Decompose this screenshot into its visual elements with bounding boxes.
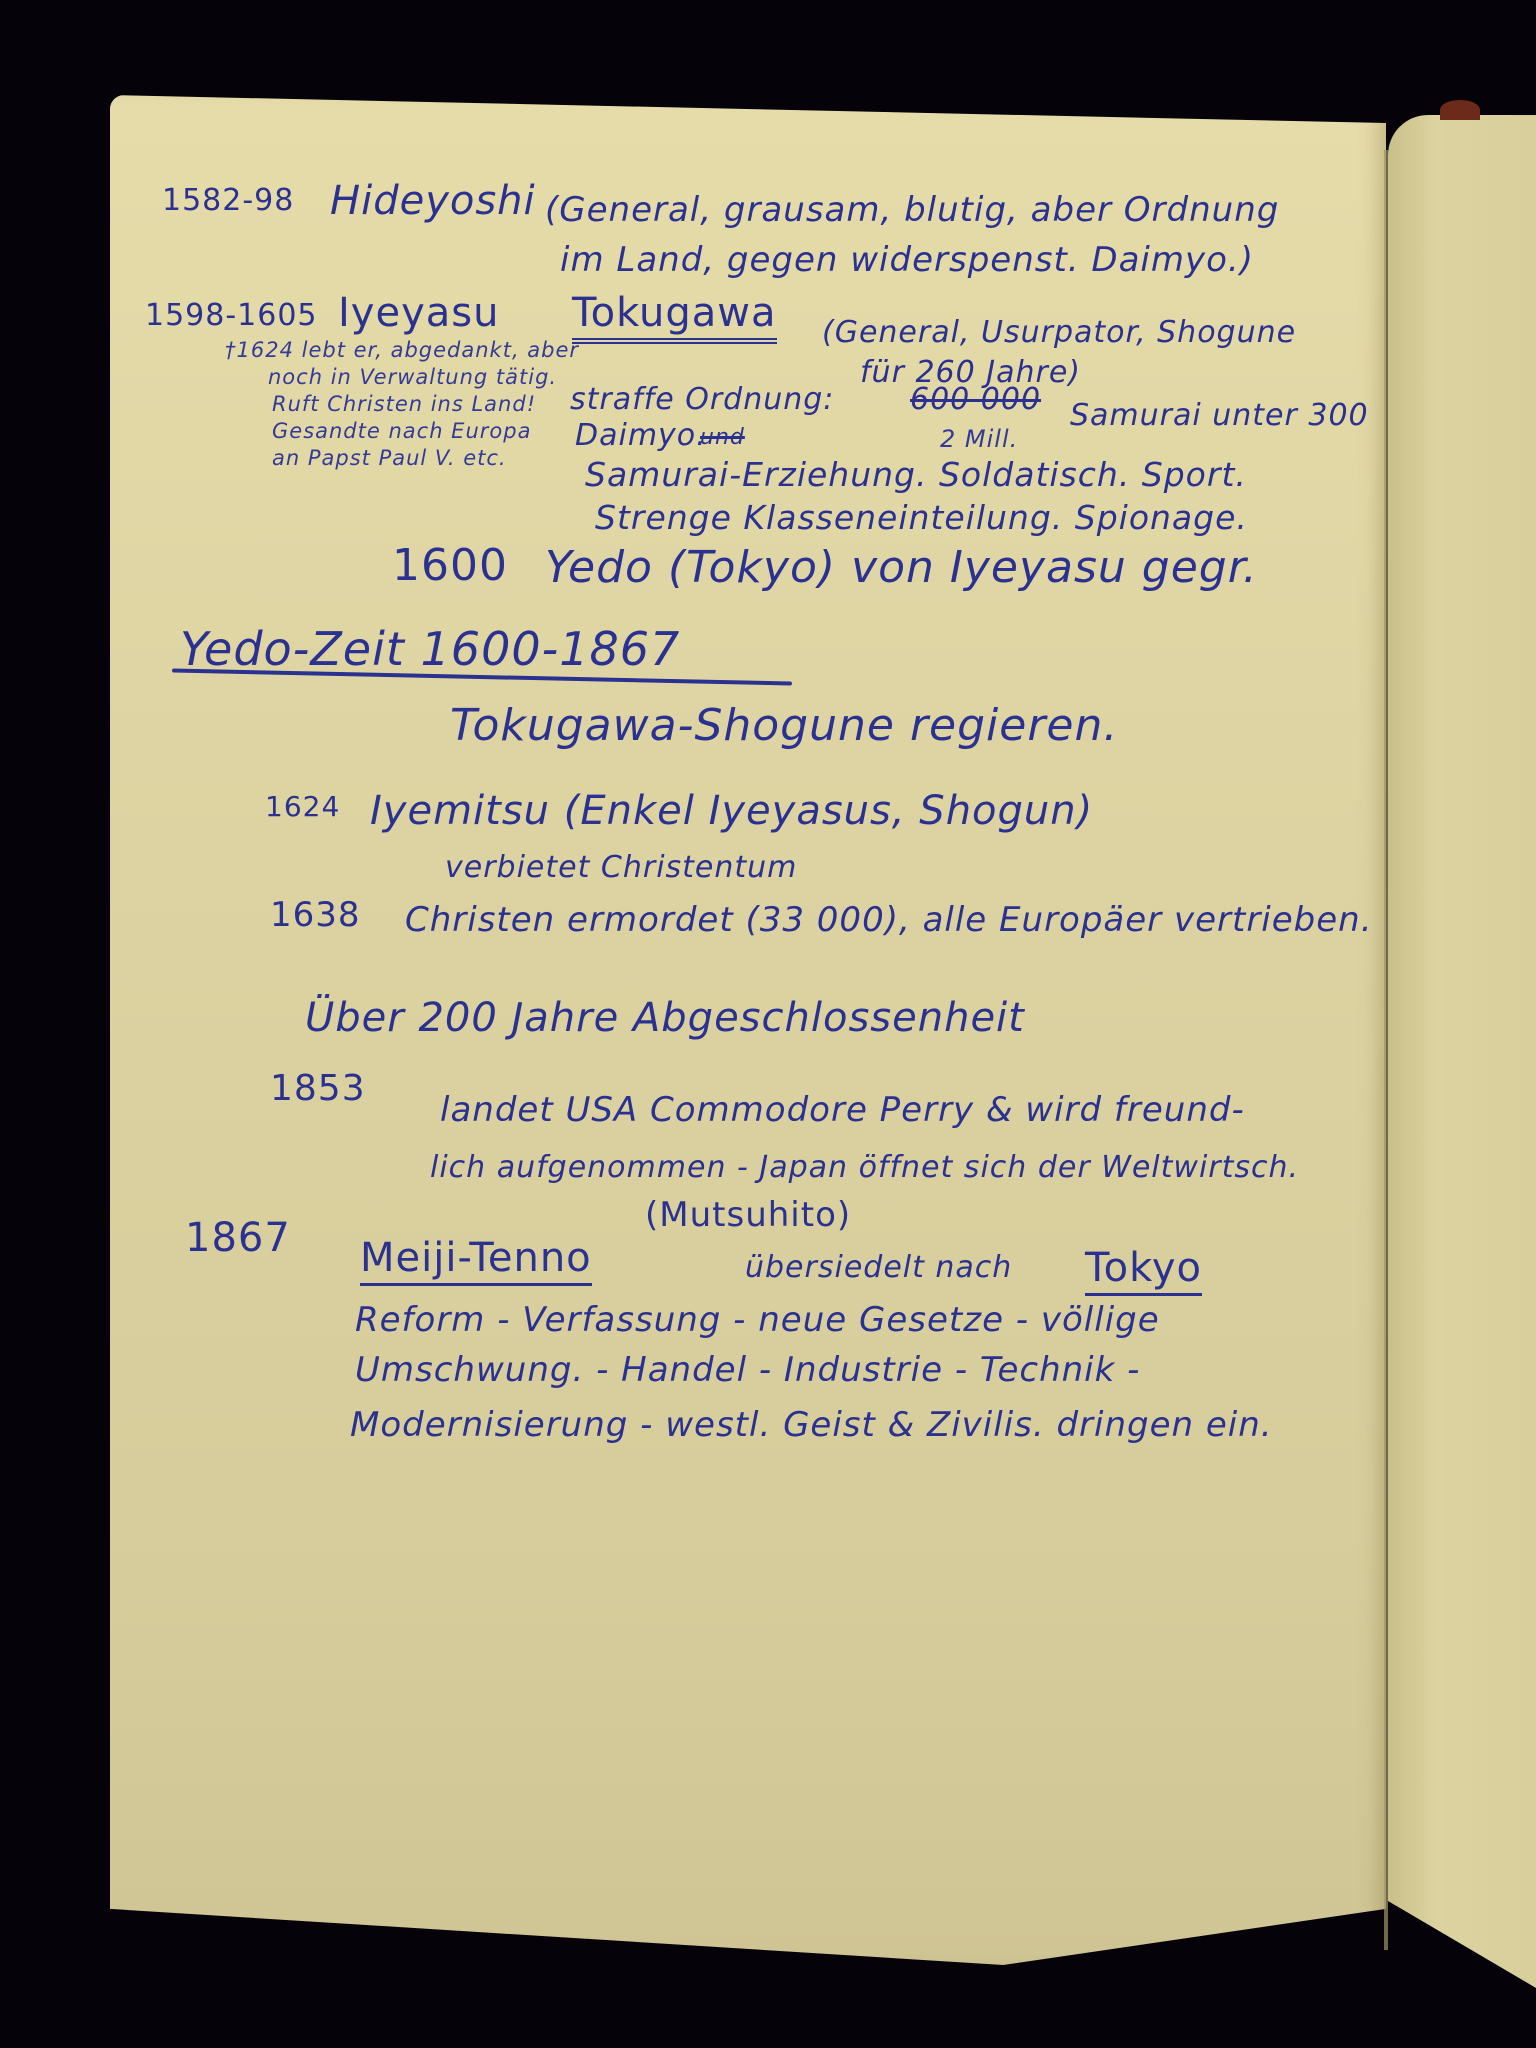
entry-text-hideyoshi-2: im Land, gegen widerspenst. Daimyo.)	[560, 240, 1254, 280]
correction-2-mill: 2 Mill.	[940, 425, 1018, 453]
entry-text-iyeyasu-4a: Daimyo.	[575, 418, 707, 453]
entry-text-hideyoshi-1: (General, grausam, blutig, aber Ordnung	[545, 190, 1279, 230]
entry-text-iyeyasu-1: (General, Usurpator, Shogune	[822, 315, 1296, 350]
struck-word: und	[700, 425, 745, 450]
entry-text-isolation: Über 200 Jahre Abgeschlossenheit	[305, 995, 1025, 1041]
section-heading-yedo-period: Yedo-Zeit 1600-1867	[180, 622, 680, 676]
entry-year-1853: 1853	[270, 1068, 366, 1109]
entry-text-meiji-1: übersiedelt nach	[745, 1250, 1012, 1285]
entry-text-iyeyasu-3b: Samurai unter 300	[1070, 398, 1369, 433]
entry-text-iyeyasu-5: Samurai-Erziehung. Soldatisch. Sport.	[585, 455, 1247, 494]
margin-note-line-2: noch in Verwaltung tätig.	[268, 365, 557, 389]
entry-year-hideyoshi: 1582-98	[162, 183, 294, 218]
entry-text-iyeyasu-3a: straffe Ordnung:	[570, 382, 834, 417]
entry-city-tokyo: Tokyo	[1085, 1245, 1202, 1296]
annotation-mutsuhito: (Mutsuhito)	[645, 1195, 851, 1235]
margin-note-line-4: Gesandte nach Europa	[272, 419, 531, 443]
section-subheading: Tokugawa-Shogune regieren.	[450, 700, 1118, 751]
margin-note-line-1: †1624 lebt er, abgedankt, aber	[225, 338, 579, 362]
entry-year-1867: 1867	[185, 1215, 291, 1261]
entry-text-perry-2: lich aufgenommen - Japan öffnet sich der…	[430, 1150, 1299, 1185]
entry-text-yedo-founding: Yedo (Tokyo) von Iyeyasu gegr.	[545, 542, 1258, 593]
entry-year-1624: 1624	[265, 790, 340, 823]
entry-name-meiji-tenno: Meiji-Tenno	[360, 1235, 592, 1286]
struck-number: 600 000	[910, 382, 1041, 417]
margin-note-line-5: an Papst Paul V. etc.	[272, 446, 507, 470]
entry-name-hideyoshi: Hideyoshi	[330, 178, 536, 224]
entry-text-iyeyasu-6: Strenge Klasseneinteilung. Spionage.	[595, 498, 1248, 537]
entry-name-iyeyasu: Iyeyasu	[338, 290, 499, 336]
bookmark-ribbon	[1440, 100, 1480, 120]
entry-text-iyemitsu-2: verbietet Christentum	[445, 850, 797, 885]
entry-year-iyeyasu: 1598-1605	[145, 298, 318, 333]
entry-text-1638: Christen ermordet (33 000), alle Europäe…	[405, 900, 1373, 940]
right-page	[1388, 115, 1536, 1995]
entry-year-1600: 1600	[392, 540, 508, 591]
entry-clan-tokugawa: Tokugawa	[572, 290, 777, 344]
entry-text-perry-1: landet USA Commodore Perry & wird freund…	[440, 1090, 1245, 1130]
margin-note-line-3: Ruft Christen ins Land!	[272, 392, 536, 416]
entry-text-meiji-3: Umschwung. - Handel - Industrie - Techni…	[355, 1350, 1140, 1390]
entry-text-meiji-2: Reform - Verfassung - neue Gesetze - völ…	[355, 1300, 1160, 1340]
entry-year-1638: 1638	[270, 895, 361, 935]
book-gutter	[1384, 150, 1388, 1950]
entry-text-meiji-4: Modernisierung - westl. Geist & Zivilis.…	[350, 1405, 1273, 1445]
entry-text-iyemitsu-1: Iyemitsu (Enkel Iyeyasus, Shogun)	[370, 788, 1093, 834]
